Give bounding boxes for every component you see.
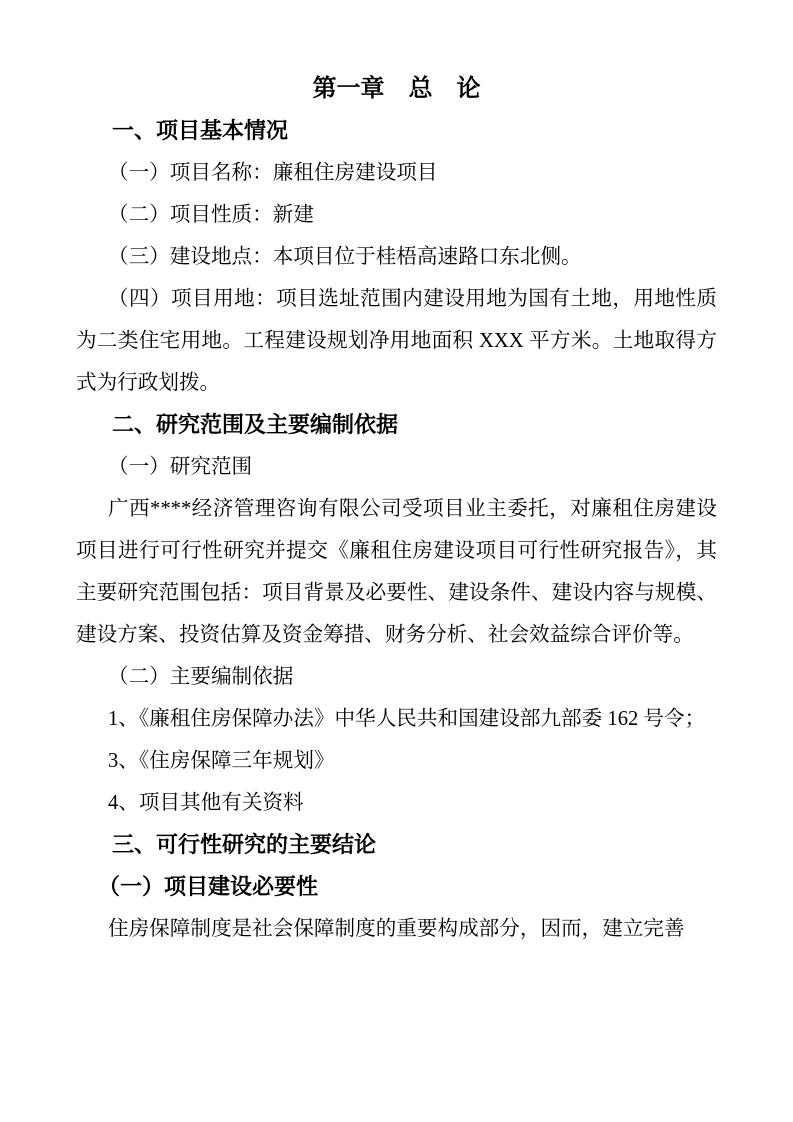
heading-section-1: 一、项目基本情况 [76, 110, 717, 152]
heading-section-3: 三、可行性研究的主要结论 [76, 824, 717, 866]
para-project-nature: （二）项目性质：新建 [76, 194, 717, 236]
para-project-land: （四）项目用地：项目选址范围内建设用地为国有土地，用地性质为二类住宅用地。工程建… [76, 278, 717, 404]
para-housing-security-intro: 住房保障制度是社会保障制度的重要构成部分，因而，建立完善 [76, 908, 717, 950]
para-research-scope-label: （一）研究范围 [76, 446, 717, 488]
para-compilation-basis-label: （二）主要编制依据 [76, 656, 717, 698]
para-project-location: （三）建设地点：本项目位于桂梧高速路口东北侧。 [76, 236, 717, 278]
heading-section-2: 二、研究范围及主要编制依据 [76, 404, 717, 446]
chapter-title: 第一章 总 论 [76, 68, 717, 110]
document-page: 第一章 总 论 一、项目基本情况 （一）项目名称：廉租住房建设项目 （二）项目性… [0, 0, 793, 1122]
heading-project-necessity: （一）项目建设必要性 [76, 866, 717, 908]
para-basis-item-1: 1、《廉租住房保障办法》中华人民共和国建设部九部委 162 号令； [76, 698, 717, 740]
para-project-name: （一）项目名称：廉租住房建设项目 [76, 152, 717, 194]
para-basis-item-3: 3、《住房保障三年规划》 [76, 740, 717, 782]
para-research-scope-detail: 广西****经济管理咨询有限公司受项目业主委托，对廉租住房建设项目进行可行性研究… [76, 488, 717, 656]
para-basis-item-4: 4、项目其他有关资料 [76, 782, 717, 824]
